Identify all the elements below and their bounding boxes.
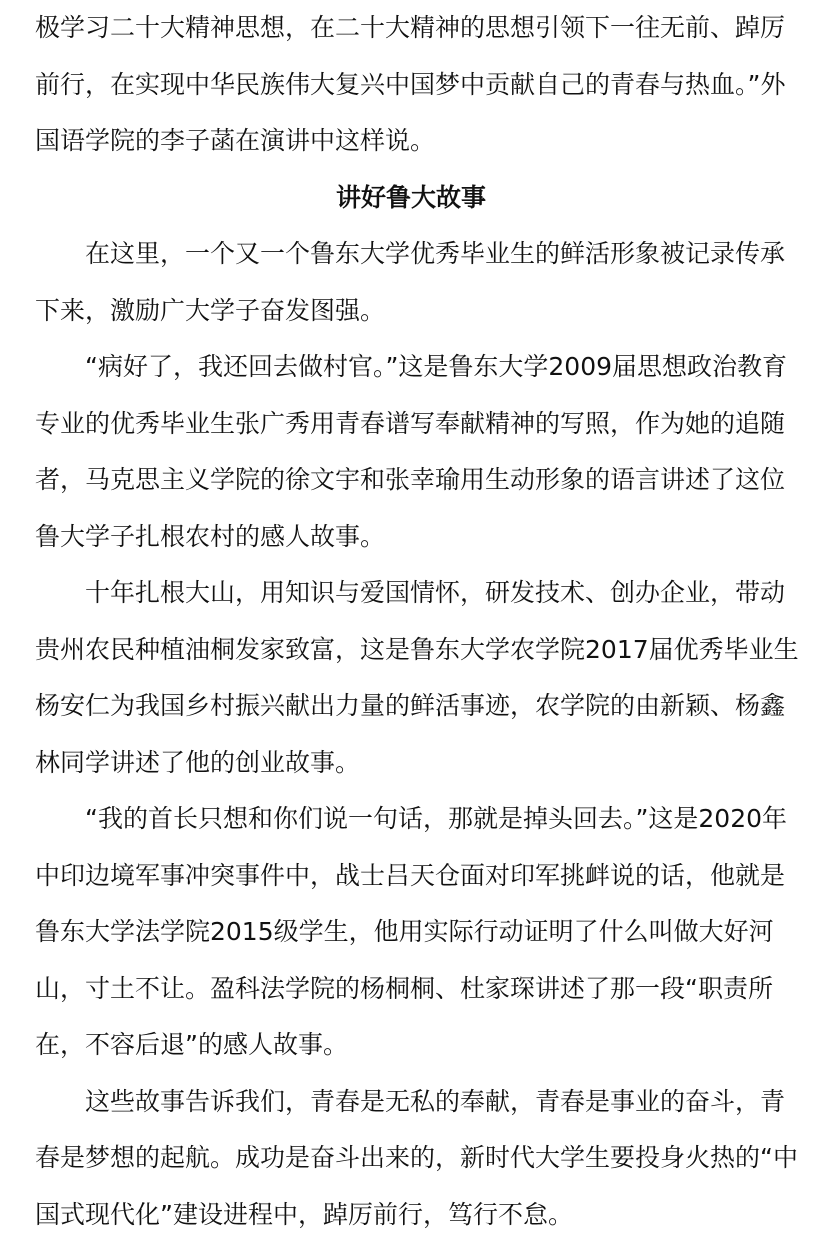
text-line: 国式现代化”建设进程中，踔厉前行，笃行不怠。 [35,1187,787,1244]
section-heading: 讲好鲁大故事 [35,170,787,227]
paragraph-5: 这些故事告诉我们，青春是无私的奉献，青春是事业的奋斗，青 春是梦想的起航。成功是… [35,1074,787,1244]
paragraph-1: 在这里，一个又一个鲁东大学优秀毕业生的鲜活形象被记录传承 下来，激励广大学子奋发… [35,226,787,339]
text-line: 十年扎根大山，用知识与爱国情怀，研发技术、创办企业，带动 [35,565,787,622]
text-line: 春是梦想的起航。成功是奋斗出来的，新时代大学生要投身火热的“中 [35,1130,787,1187]
text-line: 者，马克思主义学院的徐文宇和张幸瑜用生动形象的语言讲述了这位 [35,452,787,509]
text-line: 极学习二十大精神思想，在二十大精神的思想引领下一往无前、踔厉 [35,0,787,57]
text-line: 在这里，一个又一个鲁东大学优秀毕业生的鲜活形象被记录传承 [35,226,787,283]
text-line: 杨安仁为我国乡村振兴献出力量的鲜活事迹，农学院的由新颖、杨鑫 [35,678,787,735]
text-line: 贵州农民种植油桐发家致富，这是鲁东大学农学院2017届优秀毕业生 [35,622,787,679]
paragraph-4: “我的首长只想和你们说一句话，那就是掉头回去。”这是2020年 中印边境军事冲突… [35,791,787,1074]
text-line: 在，不容后退”的感人故事。 [35,1017,787,1074]
text-line: 专业的优秀毕业生张广秀用青春谱写奉献精神的写照，作为她的追随 [35,396,787,453]
text-line: 国语学院的李子菡在演讲中这样说。 [35,113,787,170]
text-line: “我的首长只想和你们说一句话，那就是掉头回去。”这是2020年 [35,791,787,848]
paragraph-2: “病好了，我还回去做村官。”这是鲁东大学2009届思想政治教育 专业的优秀毕业生… [35,339,787,565]
text-line: “病好了，我还回去做村官。”这是鲁东大学2009届思想政治教育 [35,339,787,396]
paragraph-3: 十年扎根大山，用知识与爱国情怀，研发技术、创办企业，带动 贵州农民种植油桐发家致… [35,565,787,791]
text-line: 鲁大学子扎根农村的感人故事。 [35,509,787,566]
text-line: 林同学讲述了他的创业故事。 [35,735,787,792]
intro-paragraph: 极学习二十大精神思想，在二十大精神的思想引领下一往无前、踔厉 前行，在实现中华民… [35,0,787,170]
text-line: 下来，激励广大学子奋发图强。 [35,283,787,340]
text-line: 中印边境军事冲突事件中，战士吕天仓面对印军挑衅说的话，他就是 [35,848,787,905]
text-line: 前行，在实现中华民族伟大复兴中国梦中贡献自己的青春与热血。”外 [35,57,787,114]
text-line: 这些故事告诉我们，青春是无私的奉献，青春是事业的奋斗，青 [35,1074,787,1131]
text-line: 鲁东大学法学院2015级学生，他用实际行动证明了什么叫做大好河 [35,904,787,961]
article-body: 极学习二十大精神思想，在二十大精神的思想引领下一往无前、踔厉 前行，在实现中华民… [35,0,787,1243]
text-line: 山，寸土不让。盈科法学院的杨桐桐、杜家琛讲述了那一段“职责所 [35,961,787,1018]
